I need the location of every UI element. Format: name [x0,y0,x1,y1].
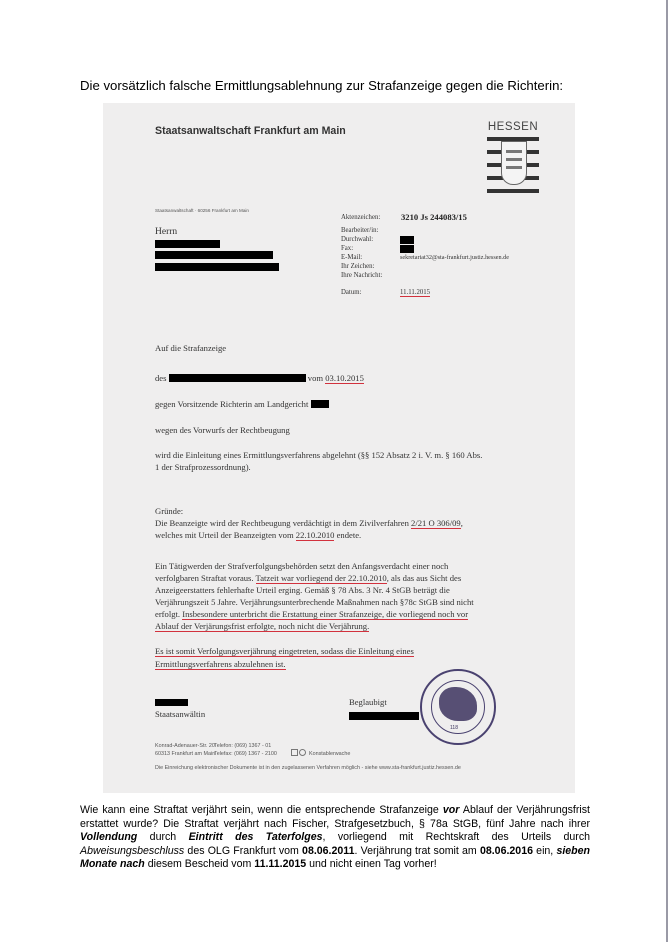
redacted-street [155,251,273,259]
wegen-line: wegen des Vorwurfs der Rechtbeugung [155,424,290,436]
reason-line-3: Anzeigeerstatters fehlerhafte Urteil erg… [155,584,450,596]
datum-value: 11.11.2015 [400,289,430,297]
reason-line-2: verfolgbaren Straftat voraus. Tatzeit wa… [155,572,461,584]
email-value: sekretariat32@sta-frankfurt.justiz.hesse… [400,254,509,261]
decision-line-2: 1 der Strafprozessordnung). [155,461,251,473]
ihr-zeichen-label: Ihr Zeichen: [341,263,374,270]
reason-line-4: Verjährungszeit 5 Jahre. Verjährungsunte… [155,596,474,608]
official-seal-icon: 118 [420,669,496,745]
gruende-label: Gründe: [155,505,183,517]
state-label: HESSEN [487,121,539,133]
redacted-fax [400,245,414,253]
des-line: des vom 03.10.2015 [155,372,364,384]
datum-label: Datum: [341,289,361,296]
sender-line: Staatsanwaltschaft · 60256 Frankfurt am … [155,208,249,213]
recipient-salutation: Herrn [155,227,177,237]
subway-icon [299,749,306,756]
gegen-line: gegen Vorsitzende Richterin am Landgeric… [155,398,329,410]
ihre-nachricht-label: Ihre Nachricht: [341,272,382,279]
conclusion-line-2: Ermittlungsverfahrens abzulehnen ist. [155,658,286,670]
case-number: 2/21 O 306/09 [411,518,461,529]
fax-label: Fax: [341,245,353,252]
redacted-complainant [169,374,306,382]
footer-notice: Die Einreichung elektronischer Dokumente… [155,765,461,771]
reason-line-1: Ein Tätigwerden der Strafverfolgungsbehö… [155,560,448,572]
footer-telefon: Telefon: (069) 1367 - 01 [214,743,271,749]
durchwahl-label: Durchwahl: [341,236,373,243]
footer-telefax: Telefax: (069) 1367 - 2100 [214,751,277,757]
intro-line: Auf die Strafanzeige [155,342,226,354]
aktenzeichen-label: Aktenzeichen: [341,214,380,221]
footer-address-line-2: 60313 Frankfurt am Main [155,751,215,757]
transit-icon [291,749,298,756]
redacted-court [311,400,329,408]
hessen-coat-of-arms-icon [487,137,539,193]
verdict-date: 22.10.2010 [296,530,335,541]
page-edge-rule [666,0,668,942]
anzeige-date: 03.10.2015 [325,373,364,384]
page-heading: Die vorsätzlich falsche Ermittlungsableh… [80,78,563,93]
gruende-line-2: welches mit Urteil der Beanzeigten vom 2… [155,529,361,541]
aktenzeichen-value: 3210 Js 244083/15 [401,212,467,222]
scanned-letter: Staatsanwaltschaft Frankfurt am Main HES… [103,103,575,793]
conclusion-line-1: Es ist somit Verfolgungsverjährung einge… [155,645,414,657]
reason-line-6: Ablauf der Verjärungsfrist erfolgte, noc… [155,620,369,632]
reason-line-5: erfolgt. Insbesondere unterbricht die Er… [155,608,468,620]
email-label: E-Mail: [341,254,362,261]
redacted-signer [155,699,188,706]
bearbeiter-label: Bearbeiter/in: [341,227,378,234]
letterhead-organization: Staatsanwaltschaft Frankfurt am Main [155,125,346,137]
decision-line-1: wird die Einleitung eines Ermittlungsver… [155,449,482,461]
footer-address-line-1: Konrad-Adenauer-Str. 20 [155,743,215,749]
redacted-name [155,240,220,248]
gruende-line-1: Die Beanzeigte wird der Rechtbeugung ver… [155,517,463,529]
beglaubigt-label: Beglaubigt [349,696,387,708]
footer-transit: Konstablerwache [309,751,350,757]
redacted-durchwahl [400,236,414,244]
redacted-certifier [349,712,419,720]
commentary-paragraph: Wie kann eine Straftat verjährt sein, we… [80,804,590,872]
signer-title: Staatsanwältin [155,708,205,720]
redacted-city [155,263,279,271]
